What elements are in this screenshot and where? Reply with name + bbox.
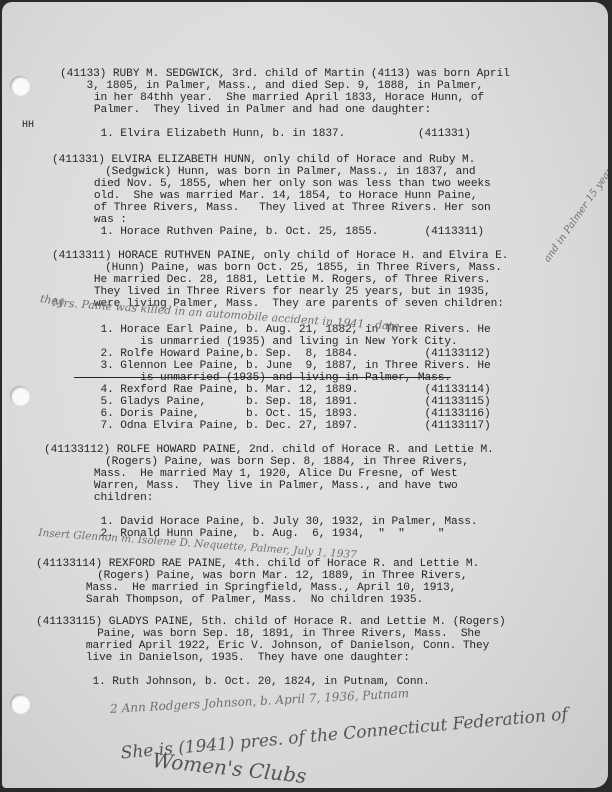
punch-hole — [10, 76, 30, 96]
entry-411331-line: was : — [74, 214, 127, 226]
entry-41133-line: 3, 1805, in Palmer, Mass., and died Sep.… — [60, 80, 483, 92]
entry-41133112-line: Mass. He married May 1, 1920, Alice Du F… — [74, 468, 458, 480]
child-item: is unmarried (1935) and living in New Yo… — [74, 336, 458, 348]
child-item: 7. Odna Elvira Paine, b. Dec. 27, 1897. … — [74, 420, 491, 432]
child-item: 1. Horace Ruthven Paine, b. Oct. 25, 185… — [74, 226, 484, 238]
entry-4113311-line: (Hunn) Paine, was born Oct. 25, 1855, in… — [72, 262, 502, 274]
punch-hole — [10, 386, 30, 406]
entry-41133115-line: live in Danielson, 1935. They have one d… — [66, 652, 410, 664]
entry-411331-line: died Nov. 5, 1855, when her only son was… — [74, 178, 491, 190]
child-item-struck: is unmarried (1935) and living in Palmer… — [74, 372, 451, 384]
handwritten-note: and in Palmer 15 years — [542, 162, 608, 264]
entry-41133-line: (41133) RUBY M. SEDGWICK, 3rd. child of … — [60, 68, 510, 80]
entry-41133114-line: (41133114) REXFORD RAE PAINE, 4th. child… — [36, 558, 479, 570]
child-item: 1. David Horace Paine, b. July 30, 1932,… — [74, 516, 477, 528]
handwritten-note: 2 Ann Rodgers Johnson, b. April 7, 1936,… — [110, 686, 410, 716]
entry-41133114-line: Sarah Thompson, of Palmer, Mass. No chil… — [66, 594, 423, 606]
entry-41133115-line: Paine, was born Sep. 18, 1891, in Three … — [64, 628, 481, 640]
entry-4113311-line: (4113311) HORACE RUTHVEN PAINE, only chi… — [52, 250, 508, 262]
punch-hole — [10, 694, 30, 714]
entry-41133-line: Palmer. They lived in Palmer and had one… — [74, 104, 431, 116]
child-item: 5. Gladys Paine, b. Sep. 18, 1891. (4113… — [74, 396, 491, 408]
child-item: 1. Horace Earl Paine, b. Aug. 21, 1882, … — [74, 324, 491, 336]
child-item: 1. Elvira Elizabeth Hunn, b. in 1837. (4… — [74, 128, 471, 140]
margin-mark: HH — [22, 120, 34, 131]
entry-41133112-line: Warren, Mass. They live in Palmer, Mass.… — [74, 480, 458, 492]
entry-41133-line: in her 84thh year. She married April 183… — [74, 92, 484, 104]
child-item: 6. Doris Paine, b. Oct. 15, 1893. (41133… — [74, 408, 491, 420]
entry-41133114-line: Mass. He married in Springfield, Mass., … — [66, 582, 456, 594]
entry-411331-line: old. She was married Mar. 14, 1854, to H… — [74, 190, 477, 202]
entry-41133115-line: (41133115) GLADYS PAINE, 5th. child of H… — [36, 616, 506, 628]
entry-41133115-line: married April 1922, Eric V. Johnson, of … — [66, 640, 489, 652]
entry-4113311-line: He married Dec. 28, 1881, Lettie M. Roge… — [74, 274, 491, 286]
entry-411331-line: (411331) ELVIRA ELIZABETH HUNN, only chi… — [52, 154, 475, 166]
entry-41133112-line: children: — [74, 492, 153, 504]
entry-411331-line: of Three Rivers, Mass. They lived at Thr… — [74, 202, 491, 214]
child-item: 3. Glennon Lee Paine, b. June 9, 1887, i… — [74, 360, 491, 372]
entry-41133114-line: (Rogers) Paine, was born Mar. 12, 1889, … — [64, 570, 467, 582]
child-item: 1. Ruth Johnson, b. Oct. 20, 1824, in Pu… — [66, 676, 430, 688]
entry-41133112-line: (Rogers) Paine, was born Sep. 8, 1884, i… — [72, 456, 469, 468]
child-item: 2. Rolfe Howard Paine,b. Sep. 8, 1884. (… — [74, 348, 491, 360]
entry-411331-line: (Sedgwick) Hunn, was born in Palmer, Mas… — [72, 166, 475, 178]
entry-4113311-line: They lived in Three Rivers for nearly 25… — [74, 286, 491, 298]
entry-41133112-line: (41133112) ROLFE HOWARD PAINE, 2nd. chil… — [44, 444, 494, 456]
document-page: HH (41133) RUBY M. SEDGWICK, 3rd. child … — [2, 2, 608, 788]
child-item: 4. Rexford Rae Paine, b. Mar. 12, 1889. … — [74, 384, 491, 396]
